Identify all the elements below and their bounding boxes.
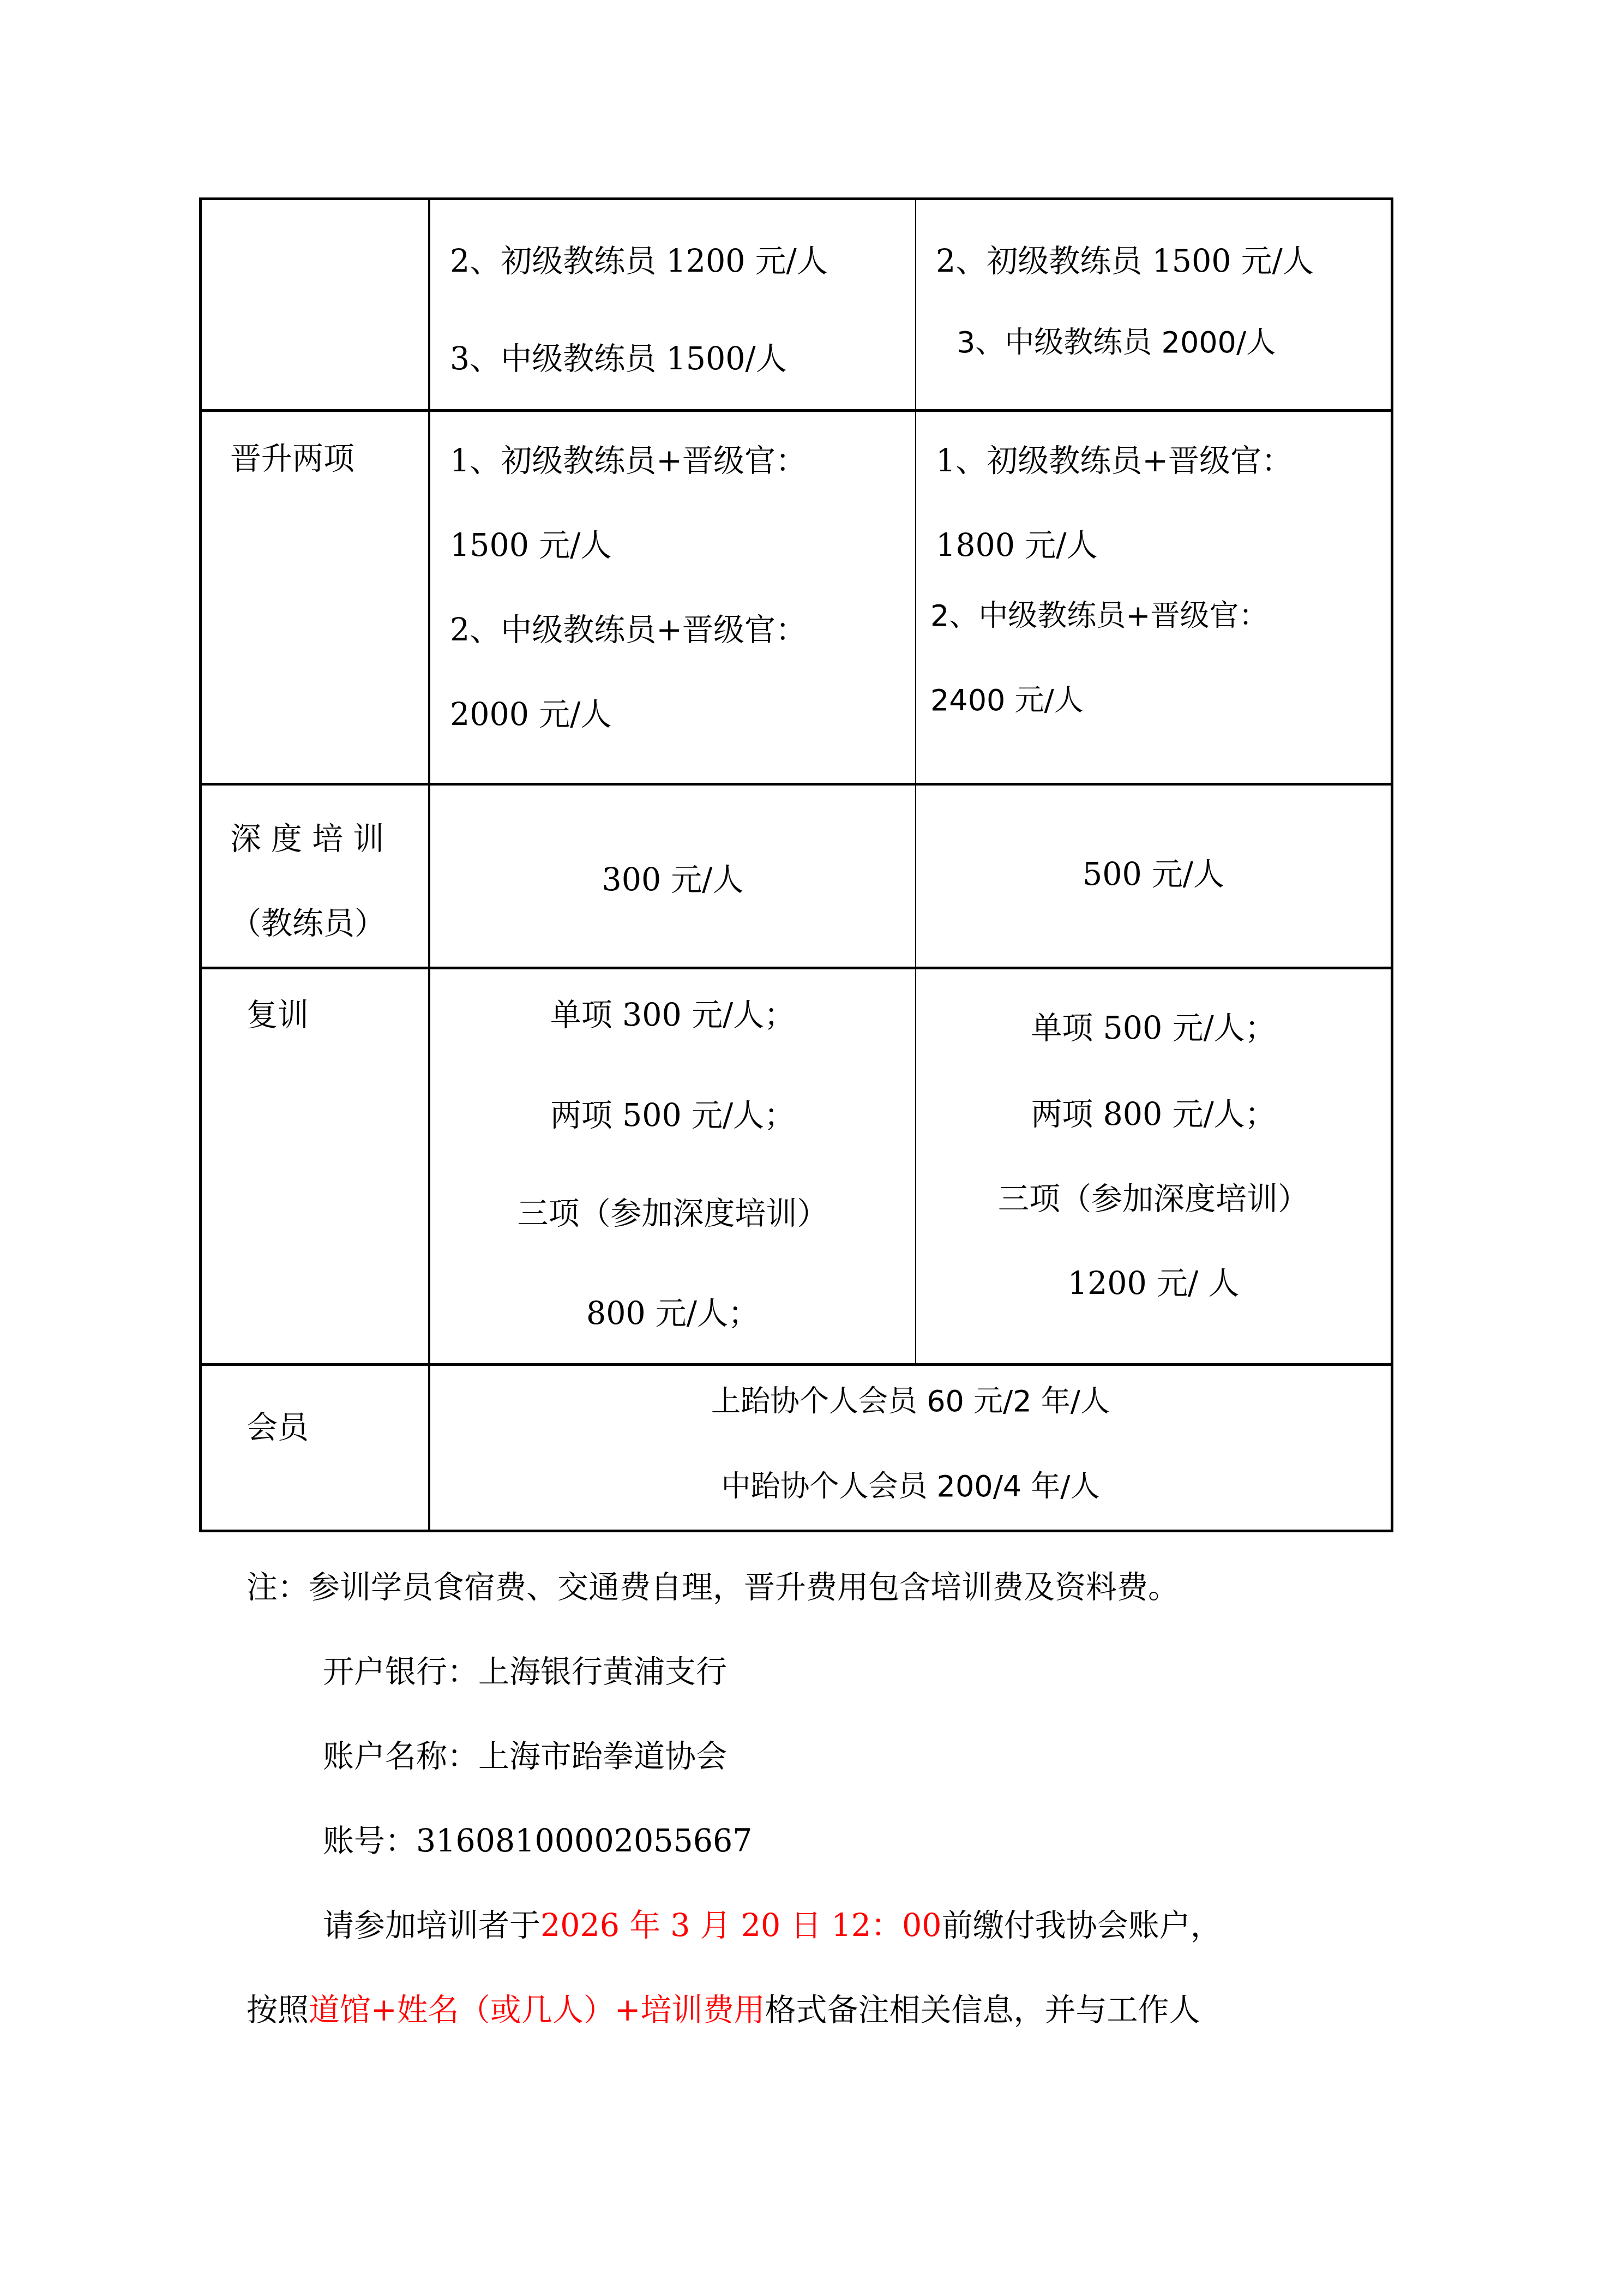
fee-cell-b: 1、初级教练员+晋级官： 1800 元/人 2、中级教练员+晋级官： 2400 … [916,412,1391,783]
account-number-text: 账号：31608100002055667 [323,1826,753,1857]
fee-line: 三项（参加深度培训） [916,1184,1391,1215]
fee-line: 2、中级教练员+晋级官： [450,615,807,646]
fee-line: 2、中级教练员+晋级官： [930,600,1269,631]
fee-line: 1200 元/ 人 [916,1268,1391,1299]
payment-text: 请参加培训者于 [323,1908,540,1944]
fee-cell-a: 1、初级教练员+晋级官： 1500 元/人 2、中级教练员+晋级官： 2000 … [430,412,916,783]
fee-line: 3、中级教练员 2000/人 [957,327,1276,358]
membership-line: 中跆协个人会员 200/4 年/人 [430,1471,1391,1502]
fee-cell-a: 300 元/人 [430,786,916,967]
row-label: 晋升两项 [230,443,354,475]
row-label-cell [202,200,430,409]
membership-cell: 上跆协个人会员 60 元/2 年/人 中跆协个人会员 200/4 年/人 [430,1366,1391,1530]
table-row-membership: 会员 上跆协个人会员 60 元/2 年/人 中跆协个人会员 200/4 年/人 [202,1363,1391,1530]
row-label: 深 度 培 训 [230,824,384,855]
fee-cell-b: 500 元/人 [916,786,1391,967]
table-row-retraining: 复训 单项 300 元/人； 两项 500 元/人； 三项（参加深度培训） 80… [202,967,1391,1363]
fee-line: 2、初级教练员 1500 元/人 [936,246,1314,277]
fee-line: 三项（参加深度培训） [430,1198,915,1230]
fee-line: 1、初级教练员+晋级官： [936,446,1293,477]
membership-line: 上跆协个人会员 60 元/2 年/人 [430,1386,1391,1417]
fee-line: 1、初级教练员+晋级官： [450,446,807,477]
fee-line: 2、初级教练员 1200 元/人 [450,246,828,277]
row-label-cell: 复训 [202,969,430,1363]
row-label-cell: 深 度 培 训 （教练员） [202,786,430,967]
table-row-continuation: 2、初级教练员 1200 元/人 3、中级教练员 1500/人 2、初级教练员 … [202,200,1391,409]
fee-cell-b: 单项 500 元/人； 两项 800 元/人； 三项（参加深度培训） 1200 … [916,969,1391,1363]
table-row-deep-training: 深 度 培 训 （教练员） 300 元/人 500 元/人 [202,783,1391,967]
bank-name-text: 开户银行：上海银行黄浦支行 [323,1657,727,1688]
fee-line: 两项 800 元/人； [916,1099,1391,1130]
row-label: 会员 [247,1412,309,1443]
row-label-cell: 会员 [202,1366,430,1530]
row-label-cell: 晋升两项 [202,412,430,783]
fee-line: 1500 元/人 [450,530,611,561]
payment-text: 前缴付我协会账户， [942,1908,1222,1944]
fee-cell-a: 单项 300 元/人； 两项 500 元/人； 三项（参加深度培训） 800 元… [430,969,916,1363]
fee-table: 2、初级教练员 1200 元/人 3、中级教练员 1500/人 2、初级教练员 … [199,197,1393,1532]
fee-line: 3、中级教练员 1500/人 [450,344,787,375]
row-label: （教练员） [230,908,386,939]
fee-line: 2000 元/人 [450,699,611,730]
table-row-promotion-two: 晋升两项 1、初级教练员+晋级官： 1500 元/人 2、中级教练员+晋级官： … [202,409,1391,783]
fee-line: 500 元/人 [916,859,1391,890]
remark-format-paragraph: 按照道馆+姓名（或几人）+培训费用格式备注相关信息，并与工作人 [247,1995,1200,2026]
format-text: 格式备注相关信息，并与工作人 [765,1992,1200,2028]
fee-line: 单项 500 元/人； [916,1013,1391,1044]
format-template-highlight: 道馆+姓名（或几人）+培训费用 [309,1992,765,2028]
fee-cell-b: 2、初级教练员 1500 元/人 3、中级教练员 2000/人 [916,200,1391,409]
note-text: 注：参训学员食宿费、交通费自理，晋升费用包含培训费及资料费。 [247,1572,1179,1603]
document-page: 2、初级教练员 1200 元/人 3、中级教练员 1500/人 2、初级教练员 … [0,0,1623,2296]
fee-cell-a: 2、初级教练员 1200 元/人 3、中级教练员 1500/人 [430,200,916,409]
fee-line: 单项 300 元/人； [430,1000,915,1031]
fee-line: 2400 元/人 [930,685,1084,716]
payment-deadline-paragraph: 请参加培训者于2026 年 3 月 20 日 12：00前缴付我协会账户， [323,1910,1222,1941]
fee-line: 800 元/人； [430,1298,915,1329]
format-text: 按照 [247,1992,309,2028]
row-label: 复训 [247,1000,309,1031]
account-name-text: 账户名称：上海市跆拳道协会 [323,1741,727,1772]
deadline-highlight: 2026 年 3 月 20 日 12：00 [540,1908,942,1944]
fee-line: 两项 500 元/人； [430,1100,915,1131]
fee-line: 300 元/人 [430,865,915,896]
fee-line: 1800 元/人 [936,530,1097,561]
